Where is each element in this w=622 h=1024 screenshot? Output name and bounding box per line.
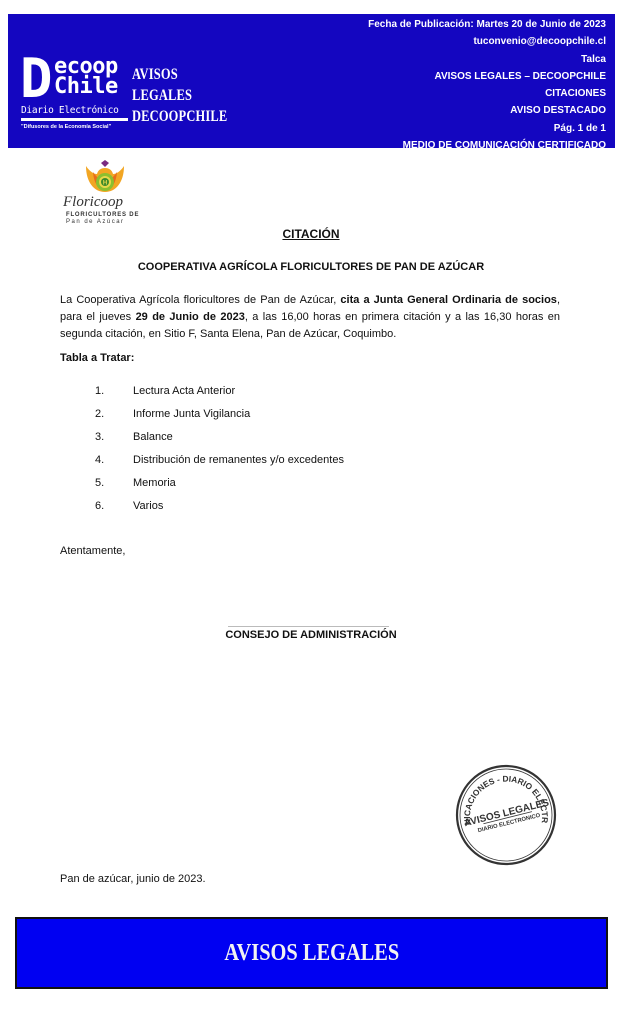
logo-divider <box>21 118 128 121</box>
logo-subtitle: Diario Electrónico <box>21 105 119 116</box>
document-subtitle: COOPERATIVA AGRÍCOLA FLORICULTORES DE PA… <box>0 261 622 273</box>
agenda-number: 3. <box>95 428 125 446</box>
agenda-text: Distribución de remanentes y/o excedente… <box>133 451 344 469</box>
header-title-line: AVISOS <box>132 64 227 85</box>
header-info: Fecha de Publicación: Martes 20 de Junio… <box>368 16 606 154</box>
footer-banner: AVISOS LEGALES <box>15 917 608 989</box>
agenda-number: 5. <box>95 474 125 492</box>
header-title: AVISOS LEGALES DECOOPCHILE <box>132 64 227 127</box>
org-sub2: Pan de Azúcar <box>66 219 125 225</box>
agenda-title: Tabla a Tratar: <box>60 352 134 364</box>
flower-icon: H <box>60 160 158 196</box>
signature-line <box>228 626 389 627</box>
section-name: AVISOS LEGALES – DECOOPCHILE <box>368 68 606 85</box>
certification: MEDIO DE COMUNICACIÓN CERTIFICADO <box>368 137 606 154</box>
org-sub1: FLORICULTORES DE <box>66 212 139 218</box>
city: Talca <box>368 51 606 68</box>
decoopchile-logo: D ecoop Chile Diario Electrónico "Difuso… <box>20 52 130 138</box>
agenda-number: 2. <box>95 405 125 423</box>
svg-text:H: H <box>103 181 107 187</box>
agenda-number: 1. <box>95 382 125 400</box>
header-title-line: DECOOPCHILE <box>132 106 227 127</box>
logo-big-letter: D <box>20 52 51 106</box>
agenda-number: 6. <box>95 497 125 515</box>
body-paragraph: La Cooperativa Agrícola floricultores de… <box>60 292 560 343</box>
footer-banner-text: AVISOS LEGALES <box>224 940 399 967</box>
floricoop-logo: H Floricoop FLORICULTORES DE Pan de Azúc… <box>60 160 158 230</box>
agenda-text: Varios <box>133 497 163 515</box>
publication-date: Fecha de Publicación: Martes 20 de Junio… <box>368 16 606 33</box>
notice-type: AVISO DESTACADO <box>368 102 606 119</box>
place-date: Pan de azúcar, junio de 2023. <box>60 873 206 885</box>
body-bold-part: cita a Junta General Ordinaria de socios <box>340 294 557 306</box>
category: CITACIONES <box>368 85 606 102</box>
body-text-part: La Cooperativa Agrícola floricultores de… <box>60 294 340 306</box>
agenda-text: Informe Junta Vigilancia <box>133 405 250 423</box>
logo-tagline: "Difusores de la Economía Social" <box>21 124 111 131</box>
agenda-text: Balance <box>133 428 173 446</box>
logo-line2: Chile <box>54 76 118 98</box>
contact-email[interactable]: tuconvenio@decoopchile.cl <box>368 33 606 50</box>
header-title-line: LEGALES <box>132 85 227 106</box>
org-name: Floricoop <box>63 194 123 211</box>
stamp-seal-icon: COMUNICACIONES - DIARIO ELECTRONICO AVIS… <box>455 764 557 866</box>
page-number: Pág. 1 de 1 <box>368 120 606 137</box>
agenda-text: Lectura Acta Anterior <box>133 382 235 400</box>
agenda-text: Memoria <box>133 474 176 492</box>
header-banner: D ecoop Chile Diario Electrónico "Difuso… <box>8 14 615 148</box>
body-bold-date: 29 de Junio de 2023 <box>136 311 245 323</box>
closing: Atentamente, <box>60 545 125 557</box>
agenda-number: 4. <box>95 451 125 469</box>
document-title: CITACIÓN <box>0 227 622 241</box>
signatory: CONSEJO DE ADMINISTRACIÓN <box>0 629 622 641</box>
